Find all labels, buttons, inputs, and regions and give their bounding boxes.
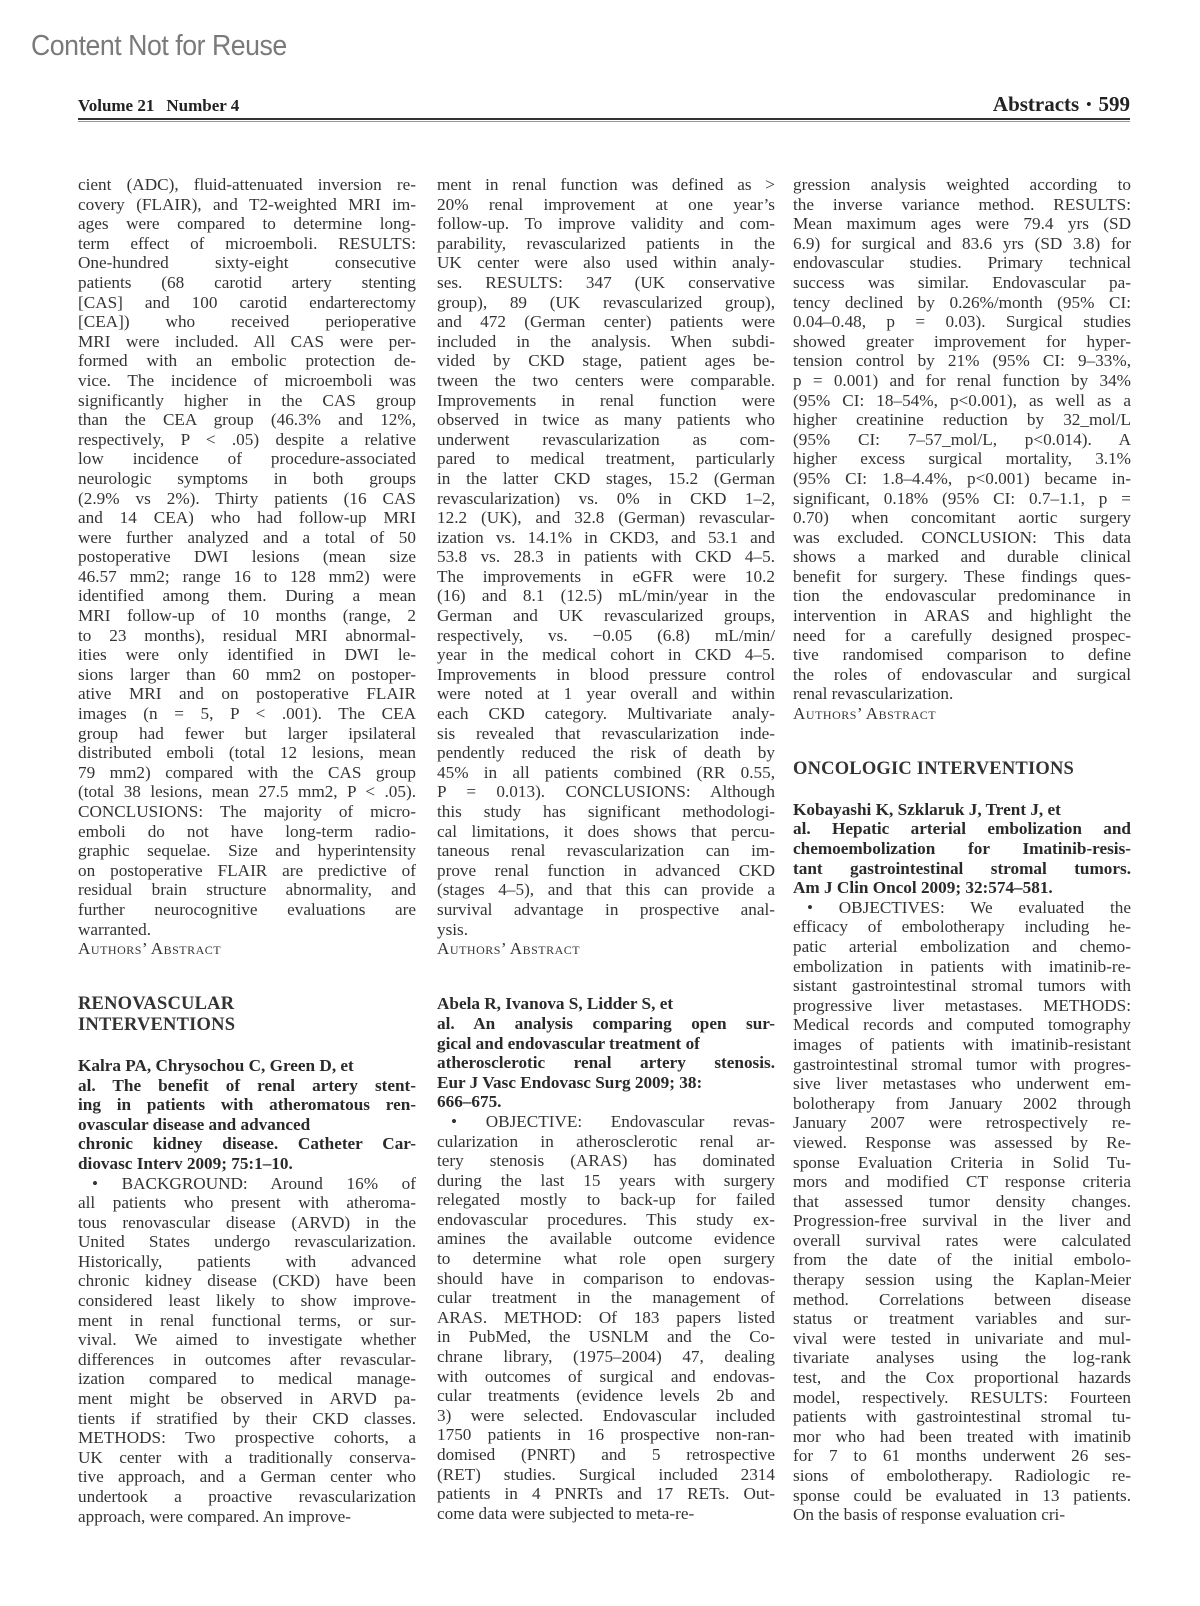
text-line: Mean maximum ages were 79.4 yrs (SD [793,214,1131,234]
text-line: 12.2 (UK), and 32.8 (German) revascular- [437,508,775,528]
text-line: cularization in atherosclerotic renal ar… [437,1132,775,1152]
spacer [793,780,1131,800]
text-line: The improvements in eGFR were 10.2 [437,567,775,587]
text-line: [CEA]) who received perioperative [78,312,416,332]
text-line: chrane library, (1975–2004) 47, dealing [437,1347,775,1367]
text-line: was excluded. CONCLUSION: This data [793,528,1131,548]
abstract-body: • BACKGROUND: Around 16% ofall patients … [78,1174,416,1527]
text-line: respectively, vs. −0.05 (6.8) mL/min/ [437,626,775,646]
text-line: benefit for surgery. These findings ques… [793,567,1131,587]
text-line: shows a marked and durable clinical [793,547,1131,567]
text-line: diovasc Interv 2009; 75:1–10. [78,1154,416,1174]
text-line: Eur J Vasc Endovasc Surg 2009; 38: [437,1073,775,1093]
text-line: cient (ADC), fluid-attenuated inversion … [78,175,416,195]
section-page: Abstracts•599 [993,92,1130,117]
text-line: [CAS] and 100 carotid endarterectomy [78,293,416,313]
section-title: Abstracts [993,92,1079,116]
text-line: tency declined by 0.26%/month (95% CI: [793,293,1131,313]
text-line: tivariate analyses using the log-rank [793,1348,1131,1368]
text-line: were noted at 1 year overall and within [437,684,775,704]
watermark: Content Not for Reuse [31,30,287,63]
text-line: on postoperative FLAIR are predictive of [78,861,416,881]
text-line: ization vs. 14.1% in CKD3, and 53.1 and [437,528,775,548]
text-line: tween the two centers were comparable. [437,371,775,391]
text-line: (16) and 8.1 (12.5) mL/min/year in the [437,586,775,606]
spacer [78,978,416,994]
text-line: endovascular studies. Primary technical [793,253,1131,273]
text-line: Progression-free survival in the liver a… [793,1211,1131,1231]
text-line: cular treatments (evidence levels 2b and [437,1386,775,1406]
text-line: to determine what role open surgery [437,1249,775,1269]
abstract-body: gression analysis weighted according tot… [793,175,1131,704]
text-line: graphic sequelae. Size and hyperintensit… [78,841,416,861]
page-number: 599 [1099,92,1131,116]
text-line: this study has significant methodologi- [437,802,775,822]
text-line: warranted. [78,920,416,940]
text-line: Kobayashi K, Szklaruk J, Trent J, et [793,800,1131,820]
text-line: ment in renal function was defined as > [437,175,775,195]
text-line: mor who had been treated with imatinib [793,1427,1131,1447]
text-line: patic arterial embolization and chemo- [793,937,1131,957]
text-line: each CKD category. Multivariate analy- [437,704,775,724]
spacer [793,724,1131,744]
text-line: approach, were compared. An improve- [78,1507,416,1527]
bullet-separator: • [1086,97,1091,113]
text-line: taneous renal revascularization can im- [437,841,775,861]
text-line: (95% CI: 7–57_mol/L, p<0.014). A [793,430,1131,450]
text-line: follow-up. To improve validity and com- [437,214,775,234]
text-line: method. Correlations between disease [793,1290,1131,1310]
text-line: that assessed tumor density changes. [793,1192,1131,1212]
text-line: patients (68 carotid artery stenting [78,273,416,293]
text-line: ARAS. METHOD: Of 183 papers listed [437,1308,775,1328]
attribution: Authors’ Abstract [78,939,416,959]
text-line: Kalra PA, Chrysochou C, Green D, et [78,1056,416,1076]
text-line: atherosclerotic renal artery stenosis. [437,1053,775,1073]
text-line: gical and endovascular treatment of [437,1034,775,1054]
text-line: cular treatment in the management of [437,1288,775,1308]
text-line: 1750 patients in 16 prospective non-ran- [437,1425,775,1445]
text-line: ysis. [437,920,775,940]
text-line: January 2007 were retrospectively re- [793,1113,1131,1133]
text-line: United States undergo revascularization. [78,1232,416,1252]
journal-issue: Volume 21Number 4 [78,96,239,116]
text-line: 666–675. [437,1092,775,1112]
text-line: tant gastrointestinal stromal tumors. [793,859,1131,879]
text-line: 45% in all patients combined (RR 0.55, [437,763,775,783]
text-line: viewed. Response was assessed by Re- [793,1133,1131,1153]
text-line: chronic kidney disease (CKD) have been [78,1271,416,1291]
abstract-body: cient (ADC), fluid-attenuated inversion … [78,175,416,939]
text-line: with outcomes of surgical and endovas- [437,1367,775,1387]
text-line: observed in twice as many patients who [437,410,775,430]
text-line: model, respectively. RESULTS: Fourteen [793,1388,1131,1408]
text-line: p = 0.001) and for renal function by 34% [793,371,1131,391]
text-line: overall survival rates were calculated [793,1231,1131,1251]
text-line: success was similar. Endovascular pa- [793,273,1131,293]
text-line: • OBJECTIVE: Endovascular revas- [437,1112,775,1132]
text-line: revascularization) vs. 0% in CKD 1–2, [437,489,775,509]
text-line: were further analyzed and a total of 50 [78,528,416,548]
text-line: the roles of endovascular and surgical [793,665,1131,685]
text-line: Medical records and computed tomography [793,1015,1131,1035]
header-rule [78,118,1130,120]
header-rule-thin [78,121,1130,122]
text-line: Am J Clin Oncol 2009; 32:574–581. [793,878,1131,898]
text-line: 6.9) for surgical and 83.6 yrs (SD 3.8) … [793,234,1131,254]
text-line: than the CEA group (46.3% and 12%, [78,410,416,430]
text-line: P = 0.013). CONCLUSIONS: Although [437,782,775,802]
text-line: higher creatinine reduction by 32_mol/L [793,410,1131,430]
text-line: pared to medical treatment, particularly [437,449,775,469]
text-line: (95% CI: 1.8–4.4%, p<0.001) became in- [793,469,1131,489]
text-line: higher excess surgical mortality, 3.1% [793,449,1131,469]
text-line: further neurocognitive evaluations are [78,900,416,920]
text-line: UK center with a traditionally conserva- [78,1448,416,1468]
text-line: 46.57 mm2; range 16 to 128 mm2) were [78,567,416,587]
text-line: term effect of microemboli. RESULTS: [78,234,416,254]
text-line: al. The benefit of renal artery stent- [78,1076,416,1096]
running-header: Volume 21Number 4 Abstracts•599 [78,92,1130,120]
text-line: Improvements in renal function were [437,391,775,411]
text-line: 3) were selected. Endovascular included [437,1406,775,1426]
text-line: al. Hepatic arterial embolization and [793,819,1131,839]
spacer [793,743,1131,759]
text-line: 20% renal improvement at one year’s [437,195,775,215]
text-line: included in the analysis. When subdi- [437,332,775,352]
text-line: Improvements in blood pressure control [437,665,775,685]
text-line: considered least likely to show improve- [78,1291,416,1311]
text-line: therapy session using the Kaplan-Meier [793,1270,1131,1290]
text-line: in the latter CKD stages, 15.2 (German [437,469,775,489]
text-line: during the last 15 years with surgery [437,1171,775,1191]
text-line: sive liver metastases who underwent em- [793,1074,1131,1094]
text-line: tion the endovascular predominance in [793,586,1131,606]
text-line: sions larger than 60 mm2 on postoper- [78,665,416,685]
text-line: INTERVENTIONS [78,1015,416,1036]
text-line: ities were only identified in DWI le- [78,645,416,665]
text-line: Abela R, Ivanova S, Lidder S, et [437,994,775,1014]
text-line: domised (PNRT) and 5 retrospective [437,1445,775,1465]
text-line: 0.70) when concomitant aortic surgery [793,508,1131,528]
text-line: sponse Evaluation Criteria in Solid Tu- [793,1153,1131,1173]
column-1: cient (ADC), fluid-attenuated inversion … [78,175,416,1526]
text-line: postoperative DWI lesions (mean size [78,547,416,567]
text-line: and 472 (German center) patients were [437,312,775,332]
text-line: MRI follow-up of 10 months (range, 2 [78,606,416,626]
text-line: renal revascularization. [793,684,1131,704]
text-line: CONCLUSIONS: The majority of micro- [78,802,416,822]
text-line: efficacy of embolotherapy including he- [793,917,1131,937]
text-line: from the date of the initial embolo- [793,1250,1131,1270]
text-line: differences in outcomes after revascular… [78,1350,416,1370]
text-line: images of patients with imatinib-resista… [793,1035,1131,1055]
column-2: ment in renal function was defined as >2… [437,175,775,1523]
text-line: RENOVASCULAR [78,994,416,1015]
text-line: 79 mm2) compared with the CAS group [78,763,416,783]
text-line: MRI were included. All CAS were per- [78,332,416,352]
text-line: bolotherapy from January 2002 through [793,1094,1131,1114]
text-line: 0.04–0.48, p = 0.03). Surgical studies [793,312,1131,332]
text-line: ovascular disease and advanced [78,1115,416,1135]
text-line: chronic kidney disease. Catheter Car- [78,1134,416,1154]
text-line: sponse could be evaluated in 13 patients… [793,1486,1131,1506]
text-line: need for a carefully designed prospec- [793,626,1131,646]
text-line: ages were compared to determine long- [78,214,416,234]
number-label: Number 4 [166,96,239,115]
text-line: (RET) studies. Surgical included 2314 [437,1465,775,1485]
text-line: all patients who present with atheroma- [78,1193,416,1213]
text-line: identified among them. During a mean [78,586,416,606]
text-line: vided by CKD stage, patient ages be- [437,351,775,371]
text-line: and 14 CEA) who had follow-up MRI [78,508,416,528]
text-line: survival advantage in prospective anal- [437,900,775,920]
text-line: residual brain structure abnormality, an… [78,880,416,900]
text-line: One-hundred sixty-eight consecutive [78,253,416,273]
text-line: amines the available outcome evidence [437,1229,775,1249]
text-line: (95% CI: 18–54%, p<0.001), as well as a [793,391,1131,411]
text-line: significant, 0.18% (95% CI: 0.7–1.1, p = [793,489,1131,509]
section-heading: ONCOLOGIC INTERVENTIONS [793,759,1131,780]
text-line: come data were subjected to meta-re- [437,1504,775,1524]
text-line: mors and modified CT response criteria [793,1172,1131,1192]
text-line: ses. RESULTS: 347 (UK conservative [437,273,775,293]
citation: Abela R, Ivanova S, Lidder S, etal. An a… [437,994,775,1112]
spacer [437,978,775,994]
attribution: Authors’ Abstract [437,939,775,959]
attribution: Authors’ Abstract [793,704,1131,724]
abstract-body: ment in renal function was defined as >2… [437,175,775,939]
text-line: covery (FLAIR), and T2-weighted MRI im- [78,195,416,215]
text-line: UK center were also used within analy- [437,253,775,273]
text-line: respectively, P < .05) despite a relativ… [78,430,416,450]
text-line: tery stenosis (ARAS) has dominated [437,1151,775,1171]
text-line: cal limitations, it does shows that perc… [437,822,775,842]
text-line: the inverse variance method. RESULTS: [793,195,1131,215]
text-line: ment in renal functional terms, or sur- [78,1311,416,1331]
text-line: tive randomised comparison to define [793,645,1131,665]
abstract-body: • OBJECTIVE: Endovascular revas-culariza… [437,1112,775,1523]
text-line: to 23 months), residual MRI abnormal- [78,626,416,646]
text-line: ization compared to medical manage- [78,1369,416,1389]
text-line: (2.9% vs 2%). Thirty patients (16 CAS [78,489,416,509]
text-line: undertook a proactive revascularization [78,1487,416,1507]
text-line: al. An analysis comparing open sur- [437,1014,775,1034]
text-line: tive approach, and a German center who [78,1467,416,1487]
text-line: low incidence of procedure-associated [78,449,416,469]
text-line: sions of embolotherapy. Radiologic re- [793,1466,1131,1486]
text-line: formed with an embolic protection de- [78,351,416,371]
section-heading: RENOVASCULARINTERVENTIONS [78,994,416,1036]
citation: Kalra PA, Chrysochou C, Green D, etal. T… [78,1056,416,1174]
text-line: tension control by 21% (95% CI: 9–33%, [793,351,1131,371]
text-line: ONCOLOGIC INTERVENTIONS [793,759,1131,780]
text-line: gastrointestinal stromal tumor with prog… [793,1055,1131,1075]
text-line: should have in comparison to endovas- [437,1269,775,1289]
text-line: On the basis of response evaluation cri- [793,1505,1131,1525]
text-line: gression analysis weighted according to [793,175,1131,195]
text-line: sistant gastrointestinal stromal tumors … [793,976,1131,996]
text-line: neurologic symptoms in both groups [78,469,416,489]
text-line: (stages 4–5), and that this can provide … [437,880,775,900]
text-line: endovascular procedures. This study ex- [437,1210,775,1230]
text-line: vival. We aimed to investigate whether [78,1330,416,1350]
text-line: prove renal function in advanced CKD [437,861,775,881]
text-line: showed greater improvement for hyper- [793,332,1131,352]
text-line: vice. The incidence of microemboli was [78,371,416,391]
text-line: relegated mostly to back-up for failed [437,1190,775,1210]
text-line: in PubMed, the USNLM and the Co- [437,1327,775,1347]
text-line: group had fewer but larger ipsilateral [78,724,416,744]
text-line: 53.8 vs. 28.3 in patients with CKD 4–5. [437,547,775,567]
spacer [78,959,416,979]
abstract-body: • OBJECTIVES: We evaluated theefficacy o… [793,898,1131,1525]
text-line: underwent revascularization as com- [437,430,775,450]
text-line: German and UK revascularized groups, [437,606,775,626]
text-line: tous renovascular disease (ARVD) in the [78,1213,416,1233]
text-line: emboli do not have long-term radio- [78,822,416,842]
spacer [78,1036,416,1056]
text-line: ing in patients with atheromatous ren- [78,1095,416,1115]
text-line: progressive liver metastases. METHODS: [793,996,1131,1016]
text-line: patients with gastrointestinal stromal t… [793,1407,1131,1427]
text-line: year in the medical cohort in CKD 4–5. [437,645,775,665]
text-line: status or treatment variables and sur- [793,1309,1131,1329]
text-line: for 7 to 61 months underwent 26 ses- [793,1446,1131,1466]
text-line: parability, revascularized patients in t… [437,234,775,254]
text-line: ment might be observed in ARVD pa- [78,1389,416,1409]
text-line: pendently reduced the risk of death by [437,743,775,763]
text-line: test, and the Cox proportional hazards [793,1368,1131,1388]
text-line: group), 89 (UK revascularized group), [437,293,775,313]
text-line: embolization in patients with imatinib-r… [793,957,1131,977]
text-line: sis revealed that revascularization inde… [437,724,775,744]
text-line: Historically, patients with advanced [78,1252,416,1272]
text-line: METHODS: Two prospective cohorts, a [78,1428,416,1448]
text-line: tients if stratified by their CKD classe… [78,1409,416,1429]
text-line: vival were tested in univariate and mul- [793,1329,1131,1349]
text-line: distributed emboli (total 12 lesions, me… [78,743,416,763]
citation: Kobayashi K, Szklaruk J, Trent J, etal. … [793,800,1131,898]
text-line: significantly higher in the CAS group [78,391,416,411]
text-line: images (n = 5, P < .001). The CEA [78,704,416,724]
column-3: gression analysis weighted according tot… [793,175,1131,1525]
volume-label: Volume 21 [78,96,154,115]
text-line: chemoembolization for Imatinib-resis- [793,839,1131,859]
text-line: (total 38 lesions, mean 27.5 mm2, P < .0… [78,782,416,802]
text-line: ative MRI and on postoperative FLAIR [78,684,416,704]
text-line: intervention in ARAS and highlight the [793,606,1131,626]
text-line: patients in 4 PNRTs and 17 RETs. Out- [437,1484,775,1504]
text-line: • BACKGROUND: Around 16% of [78,1174,416,1194]
text-line: • OBJECTIVES: We evaluated the [793,898,1131,918]
spacer [437,959,775,979]
